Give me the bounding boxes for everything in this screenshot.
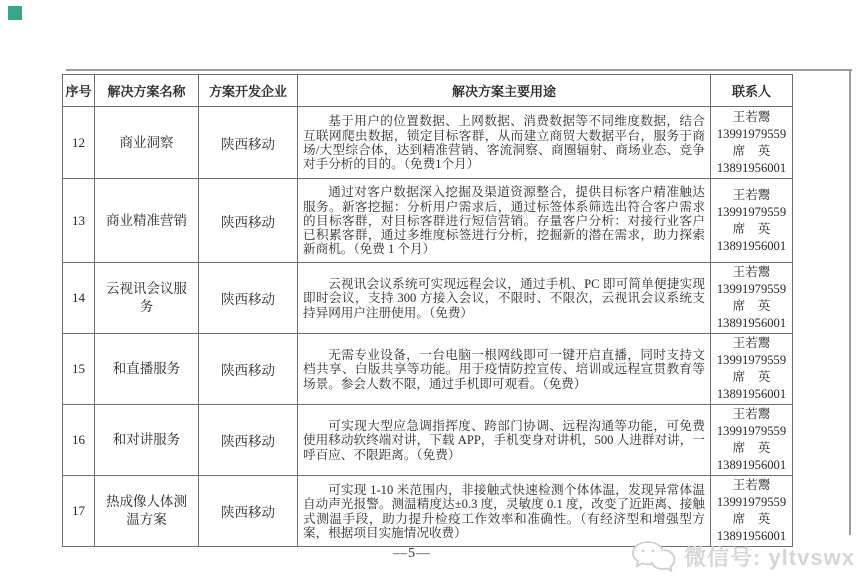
header-main-usage: 解决方案主要用途	[298, 75, 711, 107]
usage-text: 云视讯会议系统可实现远程会议，通过手机、PC 即可简单便捷实现即时会议，支持 3…	[298, 263, 711, 334]
row-no: 13	[63, 179, 95, 263]
header-no: 序号	[63, 75, 95, 107]
table-row: 14 云视讯会议服务 陕西移动 云视讯会议系统可实现远程会议，通过手机、PC 即…	[63, 263, 793, 334]
contact-info: 王若鬻 13991979559 席 英 13891956001	[711, 405, 793, 476]
solutions-table: 序号 解决方案名称 方案开发企业 解决方案主要用途 联系人 12 商业洞察 陕西…	[62, 74, 793, 547]
corner-artifact-square	[8, 6, 22, 20]
row-no: 12	[63, 107, 95, 179]
usage-text: 无需专业设备，一台电脑一根网线即可一键开启直播，同时支持文档共享、白版共享等功能…	[298, 334, 711, 405]
contact-info: 王若鬻 13991979559 席 英 13891956001	[711, 107, 793, 179]
watermark-text: 微信号: yltvswx	[684, 541, 855, 572]
developer-company: 陕西移动	[199, 263, 298, 334]
solution-name: 商业洞察	[95, 107, 199, 179]
developer-company: 陕西移动	[199, 476, 298, 547]
table-header-row: 序号 解决方案名称 方案开发企业 解决方案主要用途 联系人	[63, 75, 793, 107]
usage-text: 基于用户的位置数据、上网数据、消费数据等不同维度数据，结合互联网爬虫数据，锁定目…	[298, 107, 711, 179]
page-number: —5—	[393, 546, 431, 562]
table-row: 15 和直播服务 陕西移动 无需专业设备，一台电脑一根网线即可一键开启直播，同时…	[63, 334, 793, 405]
row-no: 16	[63, 405, 95, 476]
wechat-bubbles-icon	[628, 538, 678, 574]
solution-name: 热成像人体测温方案	[95, 476, 199, 547]
contact-info: 王若鬻 13991979559 席 英 13891956001	[711, 334, 793, 405]
solution-name: 云视讯会议服务	[95, 263, 199, 334]
developer-company: 陕西移动	[199, 107, 298, 179]
table-row: 16 和对讲服务 陕西移动 可实现大型应急调指挥度、跨部门协调、远程沟通等功能，…	[63, 405, 793, 476]
scan-edge-right	[849, 69, 851, 535]
table-row: 12 商业洞察 陕西移动 基于用户的位置数据、上网数据、消费数据等不同维度数据，…	[63, 107, 793, 179]
table-row: 13 商业精准营销 陕西移动 通过对客户数据深入挖掘及渠道资源整合，提供目标客户…	[63, 179, 793, 263]
row-no: 15	[63, 334, 95, 405]
table-row: 17 热成像人体测温方案 陕西移动 可实现 1-10 米范围内，非接触式快速检测…	[63, 476, 793, 547]
row-no: 17	[63, 476, 95, 547]
header-developer: 方案开发企业	[199, 75, 298, 107]
developer-company: 陕西移动	[199, 334, 298, 405]
solution-name: 和直播服务	[95, 334, 199, 405]
contact-info: 王若鬻 13991979559 席 英 13891956001	[711, 179, 793, 263]
usage-text: 可实现 1-10 米范围内，非接触式快速检测个体体温，发现异常体温自动声光报警。…	[298, 476, 711, 547]
usage-text: 可实现大型应急调指挥度、跨部门协调、远程沟通等功能，可免费使用移动软终端对讲，下…	[298, 405, 711, 476]
contact-info: 王若鬻 13991979559 席 英 13891956001	[711, 476, 793, 547]
scan-edge-top	[66, 69, 852, 71]
contact-info: 王若鬻 13991979559 席 英 13891956001	[711, 263, 793, 334]
usage-text: 通过对客户数据深入挖掘及渠道资源整合，提供目标客户精准触达服务。新客挖掘：分析用…	[298, 179, 711, 263]
solution-name: 和对讲服务	[95, 405, 199, 476]
header-contact: 联系人	[711, 75, 793, 107]
developer-company: 陕西移动	[199, 179, 298, 263]
watermark: 微信号: yltvswx	[628, 538, 855, 574]
solution-name: 商业精准营销	[95, 179, 199, 263]
header-solution-name: 解决方案名称	[95, 75, 199, 107]
row-no: 14	[63, 263, 95, 334]
developer-company: 陕西移动	[199, 405, 298, 476]
